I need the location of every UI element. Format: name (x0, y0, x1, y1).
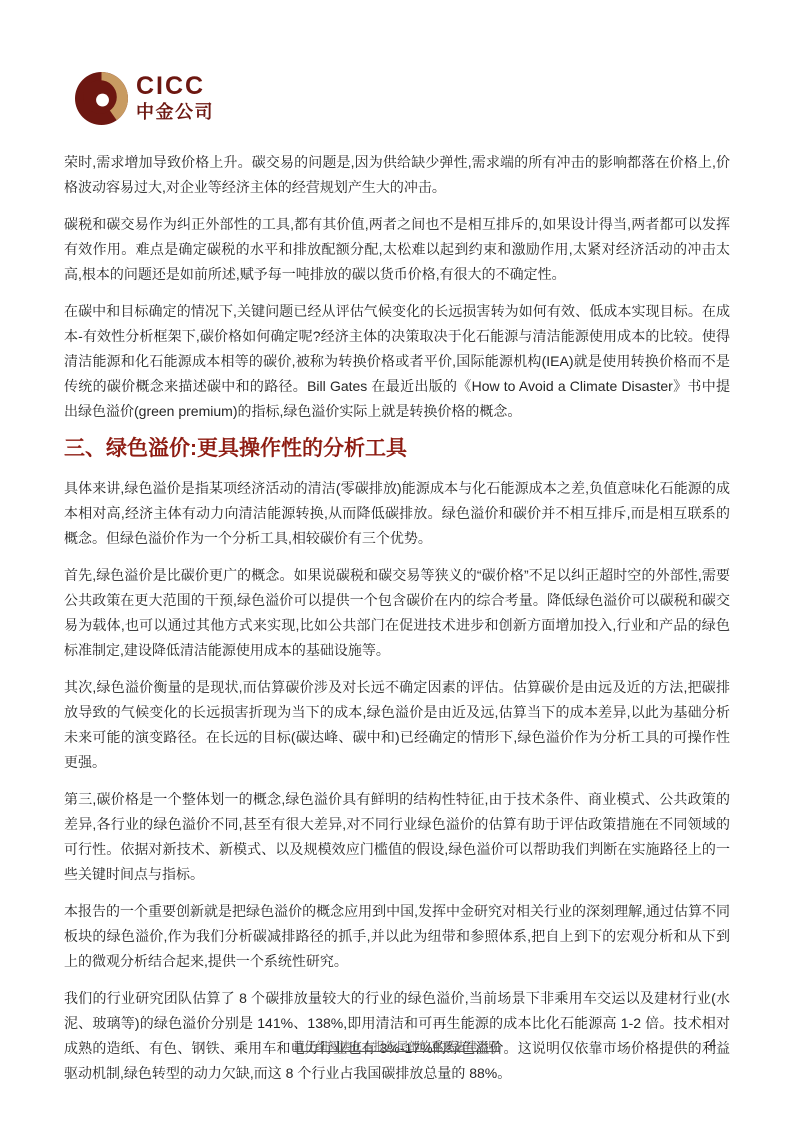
paragraph-conversion-price-green-premium: 在碳中和目标确定的情况下,关键问题已经从评估气候变化的长远损害转为如何有效、低成… (64, 299, 730, 424)
report-page: CICC 中金公司 荣时,需求增加导致价格上升。碳交易的问题是,因为供给缺少弹性… (0, 0, 793, 1122)
cicc-logo-icon (75, 72, 128, 125)
report-header: CICC 中金公司 (75, 72, 214, 125)
paragraph-green-premium-definition: 具体来讲,绿色溢价是指某项经济活动的清洁(零碳排放)能源成本与化石能源成本之差,… (64, 476, 730, 551)
paragraph-advantage-third: 第三,碳价格是一个整体划一的概念,绿色溢价具有鲜明的结构性特征,由于技术条件、商… (64, 787, 730, 887)
paragraph-industry-estimates: 我们的行业研究团队估算了 8 个碳排放量较大的行业的绿色溢价,当前场景下非乘用车… (64, 986, 730, 1086)
section-heading-green-premium: 三、绿色溢价:更具操作性的分析工具 (64, 436, 730, 462)
logo-text-cn: 中金公司 (136, 103, 214, 121)
footer: 请仔细阅读在本报告尾部的重要法律声明 (0, 1037, 793, 1055)
footer-disclaimer-link[interactable]: 请仔细阅读在本报告尾部的重要法律声明 (293, 1041, 500, 1053)
page-number: 4 (709, 1036, 716, 1051)
paragraph-carbon-trading-price: 荣时,需求增加导致价格上升。碳交易的问题是,因为供给缺少弹性,需求端的所有冲击的… (64, 150, 730, 200)
paragraph-carbon-tax-vs-trading: 碳税和碳交易作为纠正外部性的工具,都有其价值,两者之间也不是相互排斥的,如果设计… (64, 212, 730, 287)
paragraph-advantage-second: 其次,绿色溢价衡量的是现状,而估算碳价涉及对长远不确定因素的评估。估算碳价是由远… (64, 675, 730, 775)
paragraph-report-innovation: 本报告的一个重要创新就是把绿色溢价的概念应用到中国,发挥中金研究对相关行业的深刻… (64, 899, 730, 974)
logo-text-en: CICC (136, 74, 214, 99)
logo-wordmark: CICC 中金公司 (136, 74, 214, 121)
report-body: 荣时,需求增加导致价格上升。碳交易的问题是,因为供给缺少弹性,需求端的所有冲击的… (64, 150, 730, 1098)
paragraph-advantage-first: 首先,绿色溢价是比碳价更广的概念。如果说碳税和碳交易等狭义的“碳价格”不足以纠正… (64, 563, 730, 663)
